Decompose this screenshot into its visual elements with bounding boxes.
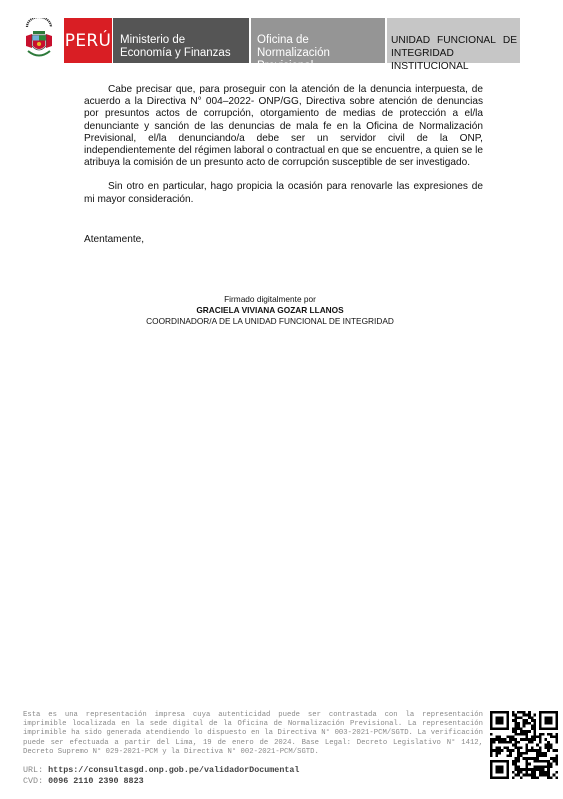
ministry-label: Ministerio de Economía y Finanzas — [112, 18, 249, 63]
letterhead: PERÚ Ministerio de Economía y Finanzas O… — [22, 18, 520, 63]
cvd-label: CVD: — [23, 776, 43, 786]
signer-title: COORDINADOR/A DE LA UNIDAD FUNCIONAL DE … — [120, 316, 420, 327]
office-line-1: Oficina de — [257, 34, 385, 47]
cvd-row: CVD: 0096 2110 2390 8823 — [23, 776, 299, 787]
signature-block: Firmado digitalmente por GRACIELA VIVIAN… — [120, 294, 420, 327]
url-label: URL: — [23, 765, 43, 775]
url-row: URL: https://consultasgd.onp.gob.pe/vali… — [23, 765, 299, 776]
closing: Atentamente, — [84, 234, 483, 246]
unit-line-1: UNIDAD FUNCIONAL DE — [391, 34, 517, 47]
office-label: Oficina de Normalización Previsional — [249, 18, 385, 63]
country-label: PERÚ — [64, 18, 112, 63]
paragraph: Cabe precisar que, para proseguir con la… — [84, 84, 483, 169]
unit-label: UNIDAD FUNCIONAL DE INTEGRIDAD INSTITUCI… — [385, 18, 520, 63]
verification-url[interactable]: https://consultasgd.onp.gob.pe/validador… — [48, 765, 299, 775]
paragraph: Sin otro en particular, hago propicia la… — [84, 181, 483, 205]
ministry-line-2: Economía y Finanzas — [120, 47, 249, 60]
unit-line-2: INTEGRIDAD INSTITUCIONAL — [391, 47, 517, 73]
unit-word: FUNCIONAL — [437, 34, 496, 47]
authenticity-notice: Esta es una representación impresa cuya … — [23, 711, 483, 757]
unit-word: DE — [503, 34, 517, 47]
office-line-2: Normalización Previsional — [257, 47, 385, 73]
letter-body: Cabe precisar que, para proseguir con la… — [84, 84, 483, 246]
ministry-line-1: Ministerio de — [120, 34, 249, 47]
verification-info: URL: https://consultasgd.onp.gob.pe/vali… — [23, 765, 299, 787]
unit-word: UNIDAD — [391, 34, 430, 47]
signature-label: Firmado digitalmente por — [120, 294, 420, 305]
peru-coat-of-arms-icon — [22, 18, 56, 63]
signer-name: GRACIELA VIVIANA GOZAR LLANOS — [120, 305, 420, 316]
cvd-code: 0096 2110 2390 8823 — [48, 776, 144, 786]
qr-code-icon — [490, 711, 558, 779]
